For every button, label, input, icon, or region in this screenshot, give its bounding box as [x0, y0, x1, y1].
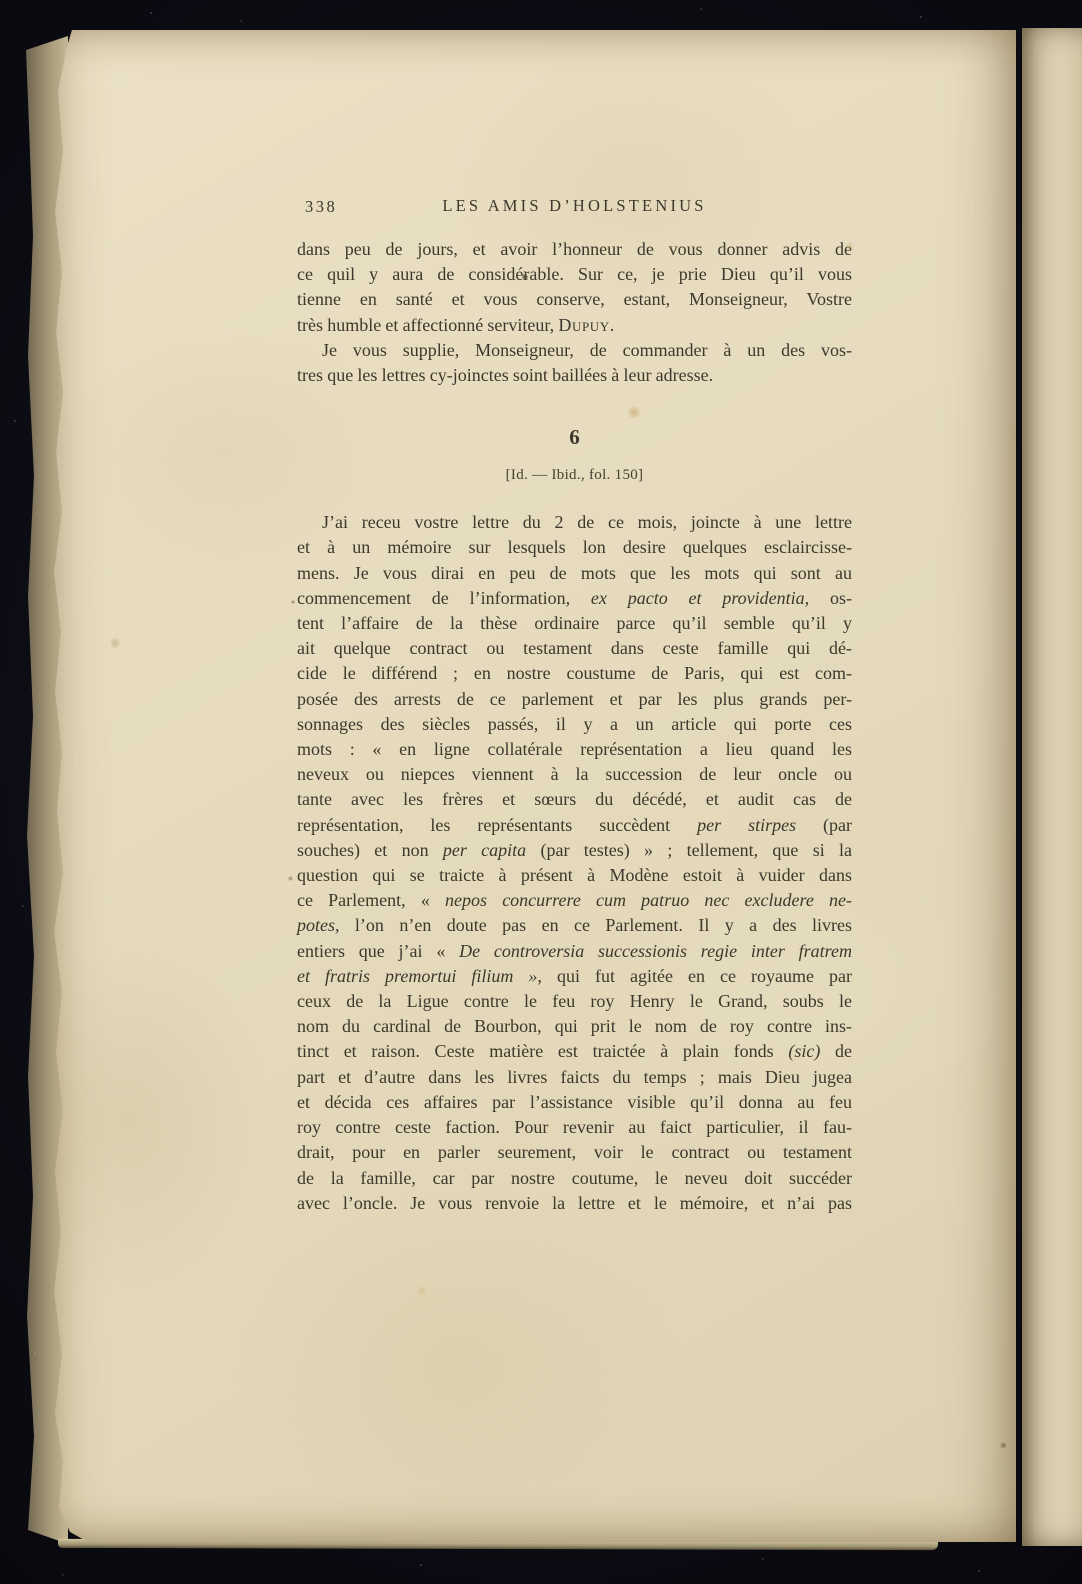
italic-text: (sic) — [788, 1041, 820, 1061]
paper-speck — [291, 600, 295, 604]
smallcaps-name: Dupuy — [558, 315, 609, 335]
text-segment: ait quelque contract ou testament dans c… — [297, 638, 852, 658]
text-segment: sonnages des siècles passés, il y a un a… — [297, 714, 852, 734]
foxing-stain — [416, 1286, 428, 1295]
text-segment: tinct et raison. Ceste matière est traic… — [297, 1041, 788, 1061]
italic-text: nepos concurrere cum patruo nec excluder… — [445, 890, 852, 910]
paragraph: J’ai receu vostre lettre du 2 de ce mois… — [297, 510, 852, 1216]
text-segment: (par testes) » ; tellement, que si la — [526, 840, 852, 860]
text-segment: entiers que j’ai « — [297, 941, 459, 961]
text-line: ceux de la Ligue contre le feu roy Henry… — [297, 989, 852, 1014]
text-segment: nom du cardinal de Bourbon, qui prit le … — [297, 1016, 852, 1036]
text-segment: part et d’autre dans les livres faicts d… — [297, 1067, 852, 1087]
text-segment: de la famille, car par nostre coutume, l… — [297, 1168, 852, 1188]
text-segment: Je vous supplie, Monseigneur, de command… — [322, 340, 852, 360]
paragraph: dans peu de jours, et avoir l’honneur de… — [297, 237, 852, 338]
text-line: sonnages des siècles passés, il y a un a… — [297, 712, 852, 737]
text-line: tinct et raison. Ceste matière est traic… — [297, 1039, 852, 1064]
italic-text: et fratris premortui filium », — [297, 966, 542, 986]
text-segment: tante avec les frères et sœurs du décédé… — [297, 789, 852, 809]
paper-speck — [288, 876, 293, 881]
text-line: ait quelque contract ou testament dans c… — [297, 636, 852, 661]
text-line: et décida ces affaires par l’assistance … — [297, 1090, 852, 1115]
text-line: avec l’oncle. Je vous renvoie la lettre … — [297, 1191, 852, 1216]
text-line: roy contre ceste faction. Pour revenir a… — [297, 1115, 852, 1140]
text-line: J’ai receu vostre lettre du 2 de ce mois… — [297, 510, 852, 535]
text-segment: tienne en santé et vous conserve, estant… — [297, 289, 852, 309]
italic-text: per capita — [443, 840, 526, 860]
text-line: tienne en santé et vous conserve, estant… — [297, 287, 852, 312]
text-line: ce Parlement, « nepos concurrere cum pat… — [297, 888, 852, 913]
text-segment: question qui se traicte à présent à Modè… — [297, 865, 852, 885]
text-line: très humble et affectionné serviteur, Du… — [297, 313, 852, 338]
text-segment: mots : « en ligne collatérale représenta… — [297, 739, 852, 759]
italic-text: per stirpes — [697, 815, 796, 835]
text-segment: avec l’oncle. Je vous renvoie la lettre … — [297, 1193, 852, 1213]
text-line: représentation, les représentants succèd… — [297, 813, 852, 838]
text-line: tres que les lettres cy-joinctes soint b… — [297, 363, 852, 388]
text-segment: ce quil y aura de considérable. Sur ce, … — [297, 264, 852, 284]
text-segment: mens. Je vous dirai en peu de mots que l… — [297, 563, 852, 583]
text-line: entiers que j’ai « De controversia succe… — [297, 939, 852, 964]
text-line: question qui se traicte à présent à Modè… — [297, 863, 852, 888]
dust-specks — [0, 0, 2, 2]
italic-text: ex pacto et providentia, — [591, 588, 809, 608]
foxing-stain — [110, 636, 120, 650]
text-line: neveux ou niepces viennent à la successi… — [297, 762, 852, 787]
text-line: mens. Je vous dirai en peu de mots que l… — [297, 561, 852, 586]
book-page: 338 LES AMIS D’HOLSTENIUS dans peu de jo… — [50, 30, 1016, 1542]
source-citation: [Id. — Ibid., fol. 150] — [297, 466, 852, 485]
text-line: et à un mémoire sur lesquels lon desire … — [297, 535, 852, 560]
text-segment: représentation, les représentants succèd… — [297, 815, 697, 835]
page-number: 338 — [305, 197, 337, 217]
text-line: ce quil y aura de considérable. Sur ce, … — [297, 262, 852, 287]
text-line: drait, pour en parler seurement, voir le… — [297, 1140, 852, 1165]
text-segment: et décida ces affaires par l’assistance … — [297, 1092, 852, 1112]
text-segment: très humble et affectionné serviteur, — [297, 315, 558, 335]
running-header: LES AMIS D’HOLSTENIUS — [297, 196, 852, 216]
text-segment: os- — [809, 588, 852, 608]
text-line: cide le différend ; en nostre coustume d… — [297, 661, 852, 686]
text-segment: ceux de la Ligue contre le feu roy Henry… — [297, 991, 852, 1011]
text-line: tante avec les frères et sœurs du décédé… — [297, 787, 852, 812]
text-line: et fratris premortui filium », qui fut a… — [297, 964, 852, 989]
text-segment: . — [610, 315, 615, 335]
paper-speck — [1000, 1442, 1007, 1449]
text-segment: souches) et non — [297, 840, 443, 860]
text-segment: posée des arrests de ce parlement et par… — [297, 689, 852, 709]
italic-text: De controversia successionis regie inter… — [459, 941, 852, 961]
text-segment: tres que les lettres cy-joinctes soint b… — [297, 365, 713, 385]
text-segment: roy contre ceste faction. Pour revenir a… — [297, 1117, 852, 1137]
text-segment: tent l’affaire de la thèse ordinaire par… — [297, 613, 852, 633]
page-header: 338 LES AMIS D’HOLSTENIUS — [297, 196, 852, 220]
text-line: souches) et non per capita (par testes) … — [297, 838, 852, 863]
photo-background: 338 LES AMIS D’HOLSTENIUS dans peu de jo… — [0, 0, 1082, 1584]
text-line: dans peu de jours, et avoir l’honneur de… — [297, 237, 852, 262]
text-line: nom du cardinal de Bourbon, qui prit le … — [297, 1014, 852, 1039]
text-line: tent l’affaire de la thèse ordinaire par… — [297, 611, 852, 636]
text-line: potes, l’on n’en doute pas en ce Parleme… — [297, 913, 852, 938]
text-line: commencement de l’information, ex pacto … — [297, 586, 852, 611]
text-segment: de — [820, 1041, 852, 1061]
italic-text: potes, — [297, 915, 340, 935]
text-segment: et à un mémoire sur lesquels lon desire … — [297, 537, 852, 557]
text-line: mots : « en ligne collatérale représenta… — [297, 737, 852, 762]
text-segment: l’on n’en doute pas en ce Parlement. Il … — [340, 915, 853, 935]
text-segment: drait, pour en parler seurement, voir le… — [297, 1142, 852, 1162]
text-segment: cide le différend ; en nostre coustume d… — [297, 663, 852, 683]
text-line: Je vous supplie, Monseigneur, de command… — [297, 338, 852, 363]
section-number: 6 — [297, 424, 852, 450]
text-segment: dans peu de jours, et avoir l’honneur de… — [297, 239, 852, 259]
text-line: part et d’autre dans les livres faicts d… — [297, 1065, 852, 1090]
text-segment: J’ai receu vostre lettre du 2 de ce mois… — [322, 512, 852, 532]
text-segment: qui fut agitée en ce royaume par — [542, 966, 852, 986]
text-segment: ce Parlement, « — [297, 890, 445, 910]
text-segment: neveux ou niepces viennent à la successi… — [297, 764, 852, 784]
text-line: de la famille, car par nostre coutume, l… — [297, 1166, 852, 1191]
text-column: dans peu de jours, et avoir l’honneur de… — [297, 237, 852, 1216]
text-line: posée des arrests de ce parlement et par… — [297, 687, 852, 712]
paragraph: Je vous supplie, Monseigneur, de command… — [297, 338, 852, 388]
text-segment: (par — [796, 815, 852, 835]
text-segment: commencement de l’information, — [297, 588, 591, 608]
adjacent-page-edge — [1022, 28, 1082, 1546]
